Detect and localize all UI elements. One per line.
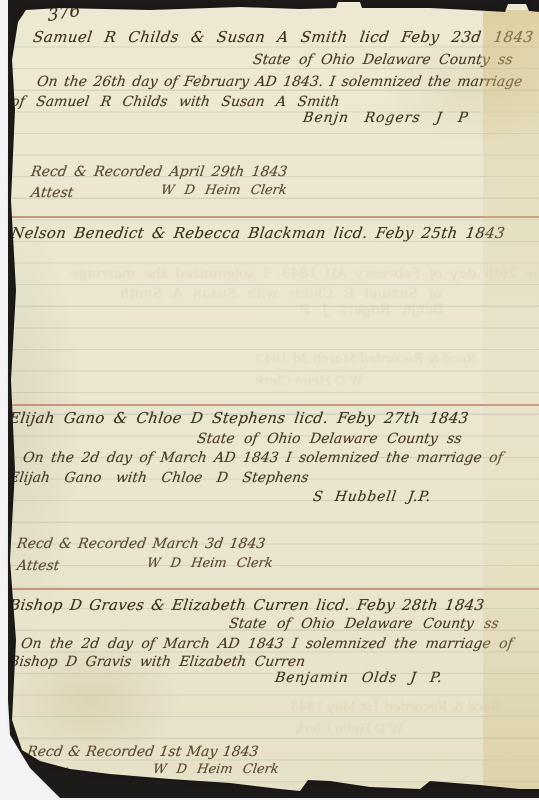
attest-label: Attest: [30, 185, 74, 201]
record-title: Bishop D Graves & Elizabeth Curren licd.…: [8, 596, 486, 614]
clerk-signature: W D Heim Clerk: [160, 183, 288, 198]
page-edge-stain: [483, 10, 539, 790]
recorded-line: Recd & Recorded March 3d 1843: [16, 536, 266, 552]
officiant-signature: Benjn Rogers J P: [302, 110, 470, 126]
clerk-signature: W D Heim Clerk: [146, 556, 274, 571]
attest-label: Attest: [16, 558, 60, 574]
recorded-line: Recd & Recorded 1st May 1843: [26, 744, 260, 760]
officiant-signature: S Hubbell J.P.: [312, 489, 432, 505]
record-body-line: On the 2d day of March AD 1843 I solemni…: [20, 636, 514, 652]
bleedthrough-text: W D Heim Clerk: [254, 374, 364, 389]
bleedthrough-text: Recd & Recorded March 3d 1843: [254, 352, 477, 367]
record-body-line: of Samuel R Childs with Susan A Smith: [10, 94, 341, 110]
bleedthrough-text: Benjn Rogers J P: [299, 302, 445, 318]
record-title: Samuel R Childs & Susan A Smith licd Feb…: [32, 28, 535, 46]
bleedthrough-text: W D Heim Clerk: [294, 722, 404, 737]
section-rule: [12, 216, 539, 218]
bleedthrough-text: On the 26th day of February AD 1843. I s…: [69, 266, 539, 282]
section-rule: [12, 404, 539, 406]
attest-label: Attest: [26, 765, 70, 781]
record-body-line: On the 26th day of February AD 1843. I s…: [36, 74, 523, 90]
record-body-line: Elijah Gano with Chloe D Stephens: [8, 470, 310, 486]
bleedthrough-text: of Samuel R Childs with Susan A Smith: [119, 286, 443, 302]
record-title: Nelson Benedict & Rebecca Blackman licd.…: [10, 224, 506, 242]
officiant-signature: Benjamin Olds J P.: [274, 670, 444, 686]
record-state-line: State of Ohio Delaware County ss: [228, 616, 500, 632]
record-body-line: Bishop D Gravis with Elizabeth Curren: [8, 654, 306, 670]
ledger-page: On the 26th day of February AD 1843. I s…: [0, 0, 539, 800]
bleedthrough-text: Recd & Recorded 1st May 1843: [289, 700, 501, 715]
record-state-line: State of Ohio Delaware County ss: [196, 431, 463, 447]
record-body-line: On the 2d day of March AD 1843 I solemni…: [22, 450, 504, 466]
record-state-line: State of Ohio Delaware County ss: [252, 52, 514, 68]
recorded-line: Recd & Recorded April 29th 1843: [30, 164, 288, 180]
ledger-scan: On the 26th day of February AD 1843. I s…: [0, 0, 539, 800]
clerk-signature: W D Heim Clerk: [152, 762, 280, 777]
record-title: Elijah Gano & Chloe D Stephens licd. Feb…: [8, 409, 470, 427]
paper: On the 26th day of February AD 1843. I s…: [0, 0, 539, 800]
page-number: 376: [47, 1, 80, 26]
section-rule: [12, 588, 539, 590]
